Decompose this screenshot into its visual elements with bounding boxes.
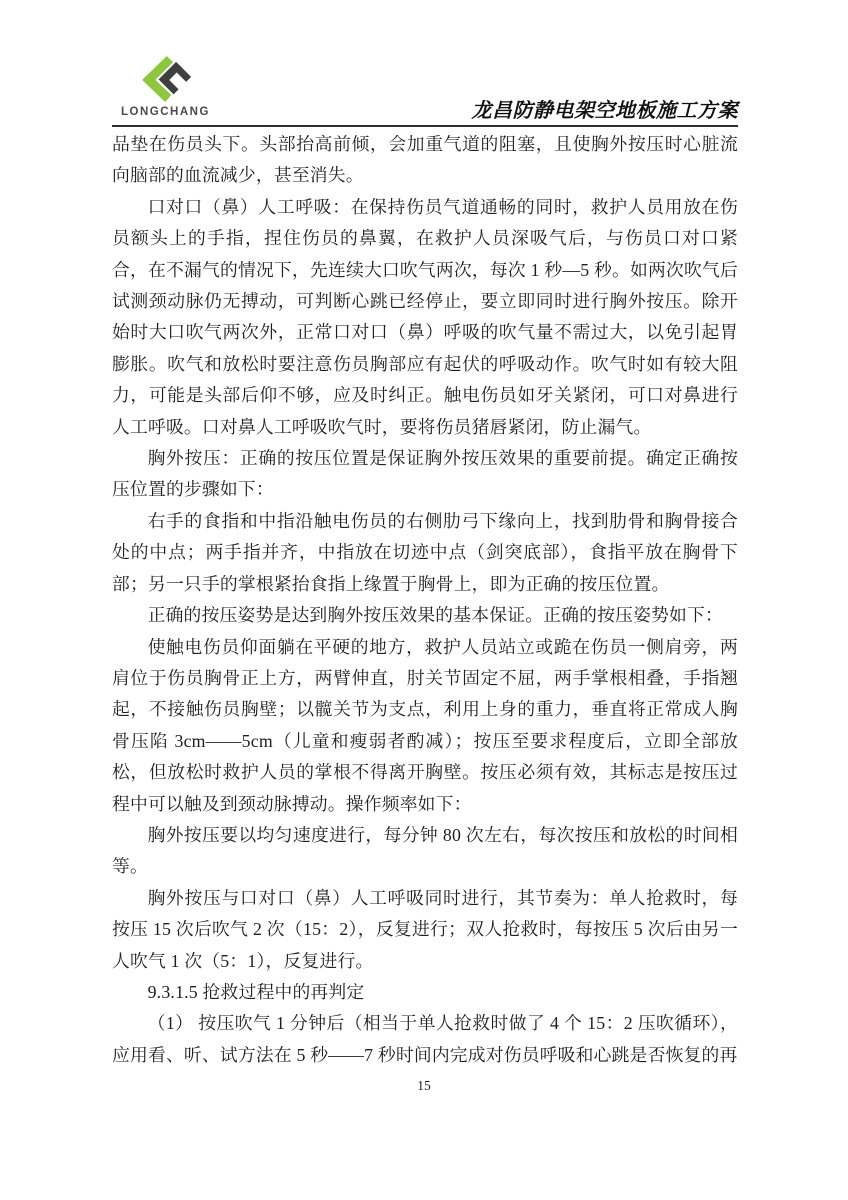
paragraph: 胸外按压要以均匀速度进行，每分钟 80 次左右，每次按压和放松的时间相等。 [112,820,738,883]
header-divider [112,125,738,127]
paragraph: 口对口（鼻）人工呼吸：在保持伤员气道通畅的同时，救护人员用放在伤员额头上的手指，… [112,192,738,443]
document-header-title: 龙昌防静电架空地板施工方案 [472,94,739,123]
longchang-logo-icon [135,54,197,104]
page-number: 15 [0,1078,848,1094]
paragraph: 品垫在伤员头下。头部抬高前倾，会加重气道的阻塞，且使胸外按压时心脏流向脑部的血流… [112,129,738,192]
paragraph: 使触电伤员仰面躺在平硬的地方，救护人员站立或跪在伤员一侧肩旁，两肩位于伤员胸骨正… [112,632,738,820]
paragraph: 正确的按压姿势是达到胸外按压效果的基本保证。正确的按压姿势如下： [112,600,738,631]
document-page: LONGCHANG 龙昌防静电架空地板施工方案 品垫在伤员头下。头部抬高前倾，会… [0,0,848,1200]
section-heading: 9.3.1.5 抢救过程中的再判定 [112,977,738,1008]
paragraph: 胸外按压与口对口（鼻）人工呼吸同时进行，其节奏为：单人抢救时，每按压 15 次后… [112,883,738,977]
paragraph: 右手的食指和中指沿触电伤员的右侧肋弓下缘向上，找到肋骨和胸骨接合处的中点；两手指… [112,506,738,600]
paragraph: （1） 按压吹气 1 分钟后（相当于单人抢救时做了 4 个 15：2 压吹循环）… [112,1008,738,1071]
logo-wordmark: LONGCHANG [121,106,221,118]
document-body: 品垫在伤员头下。头部抬高前倾，会加重气道的阻塞，且使胸外按压时心脏流向脑部的血流… [112,129,738,1071]
paragraph: 胸外按压：正确的按压位置是保证胸外按压效果的重要前提。确定正确按压位置的步骤如下… [112,443,738,506]
company-logo: LONGCHANG [121,54,221,118]
